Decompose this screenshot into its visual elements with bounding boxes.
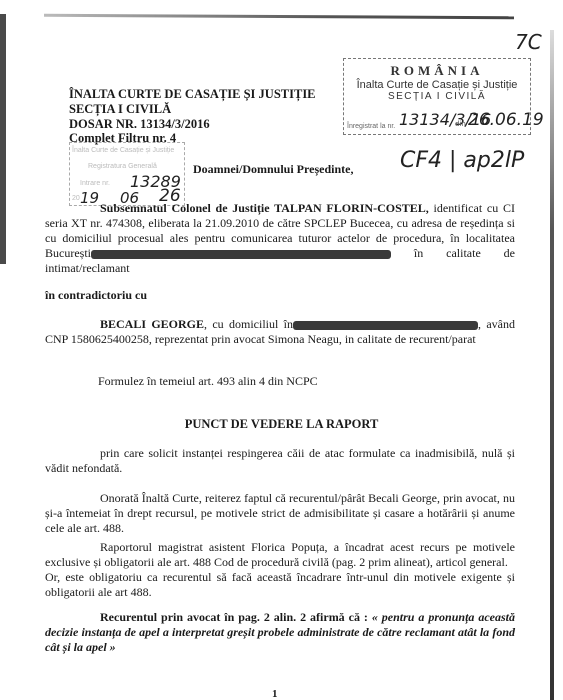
handwritten-note-top: 7C bbox=[515, 30, 542, 54]
faint-entry-stamp: Înalta Curte de Casație și Justiție Regi… bbox=[69, 142, 185, 206]
paragraph-request: prin care solicit instanței respingerea … bbox=[45, 446, 515, 476]
court-section: SECȚIA I CIVILĂ bbox=[69, 102, 171, 117]
opponent-lead: BECALI GEORGE bbox=[100, 317, 204, 331]
intro-paragraph: Subsemnatul Colonel de Justiție TALPAN F… bbox=[45, 201, 515, 276]
redacted-address-opponent bbox=[293, 321, 478, 330]
scan-edge-left bbox=[0, 14, 6, 264]
faint-stamp-line1: Înalta Curte de Casație și Justiție bbox=[72, 147, 174, 154]
quote-paragraph: Recurentul prin avocat în pag. 2 alin. 2… bbox=[45, 610, 515, 655]
stamp-country: ROMÂNIA bbox=[344, 63, 530, 79]
stamp-section: SECȚIA I CIVILĂ bbox=[344, 91, 530, 102]
contradictory-label: în contradictoriu cu bbox=[45, 288, 147, 303]
stamp-label: Înregistrat la nr. bbox=[347, 123, 395, 130]
opponent-text1: , cu domiciliul în bbox=[204, 317, 293, 331]
document-title: PUNCT DE VEDERE LA RAPORT bbox=[0, 417, 563, 432]
paragraph-reiteration: Onorată Înaltă Curte, reiterez faptul că… bbox=[45, 491, 515, 536]
stamp-court: Înalta Curte de Casație și Justiție bbox=[344, 79, 530, 91]
scan-edge-top bbox=[44, 14, 514, 19]
file-number: DOSAR NR. 13134/3/2016 bbox=[69, 117, 210, 132]
legal-basis: Formulez în temeiul art. 493 alin 4 din … bbox=[98, 374, 318, 389]
paragraph-rapporteur: Raportorul magistrat asistent Florica Po… bbox=[45, 540, 515, 570]
handwritten-annotation: CF4 | ap2lP bbox=[400, 148, 524, 173]
faint-stamp-line3: Intrare nr. bbox=[80, 180, 110, 187]
paragraph-obligation: Or, este obligatoriu ca recurentul să fa… bbox=[45, 570, 515, 600]
quote-lead: Recurentul prin avocat în pag. 2 alin. 2… bbox=[100, 610, 372, 624]
faint-stamp-line2: Registratura Generală bbox=[88, 163, 157, 170]
registration-stamp: ROMÂNIA Înalta Curte de Casație și Justi… bbox=[343, 58, 531, 135]
redacted-address bbox=[91, 250, 391, 259]
stamp-din-label: din bbox=[455, 120, 466, 128]
intro-lead: Subsemnatul Colonel de Justiție TALPAN F… bbox=[100, 201, 429, 215]
opponent-paragraph: BECALI GEORGE, cu domiciliul în, având C… bbox=[45, 317, 515, 347]
court-name: ÎNALTA CURTE DE CASAȚIE ȘI JUSTIȚIE bbox=[69, 87, 316, 102]
addressee: Doamnei/Domnului Președinte, bbox=[193, 162, 353, 177]
stamp-handwritten-date: 26.06.19 bbox=[468, 110, 544, 130]
scan-edge-right bbox=[550, 30, 554, 700]
page-number: 1 bbox=[272, 688, 278, 700]
